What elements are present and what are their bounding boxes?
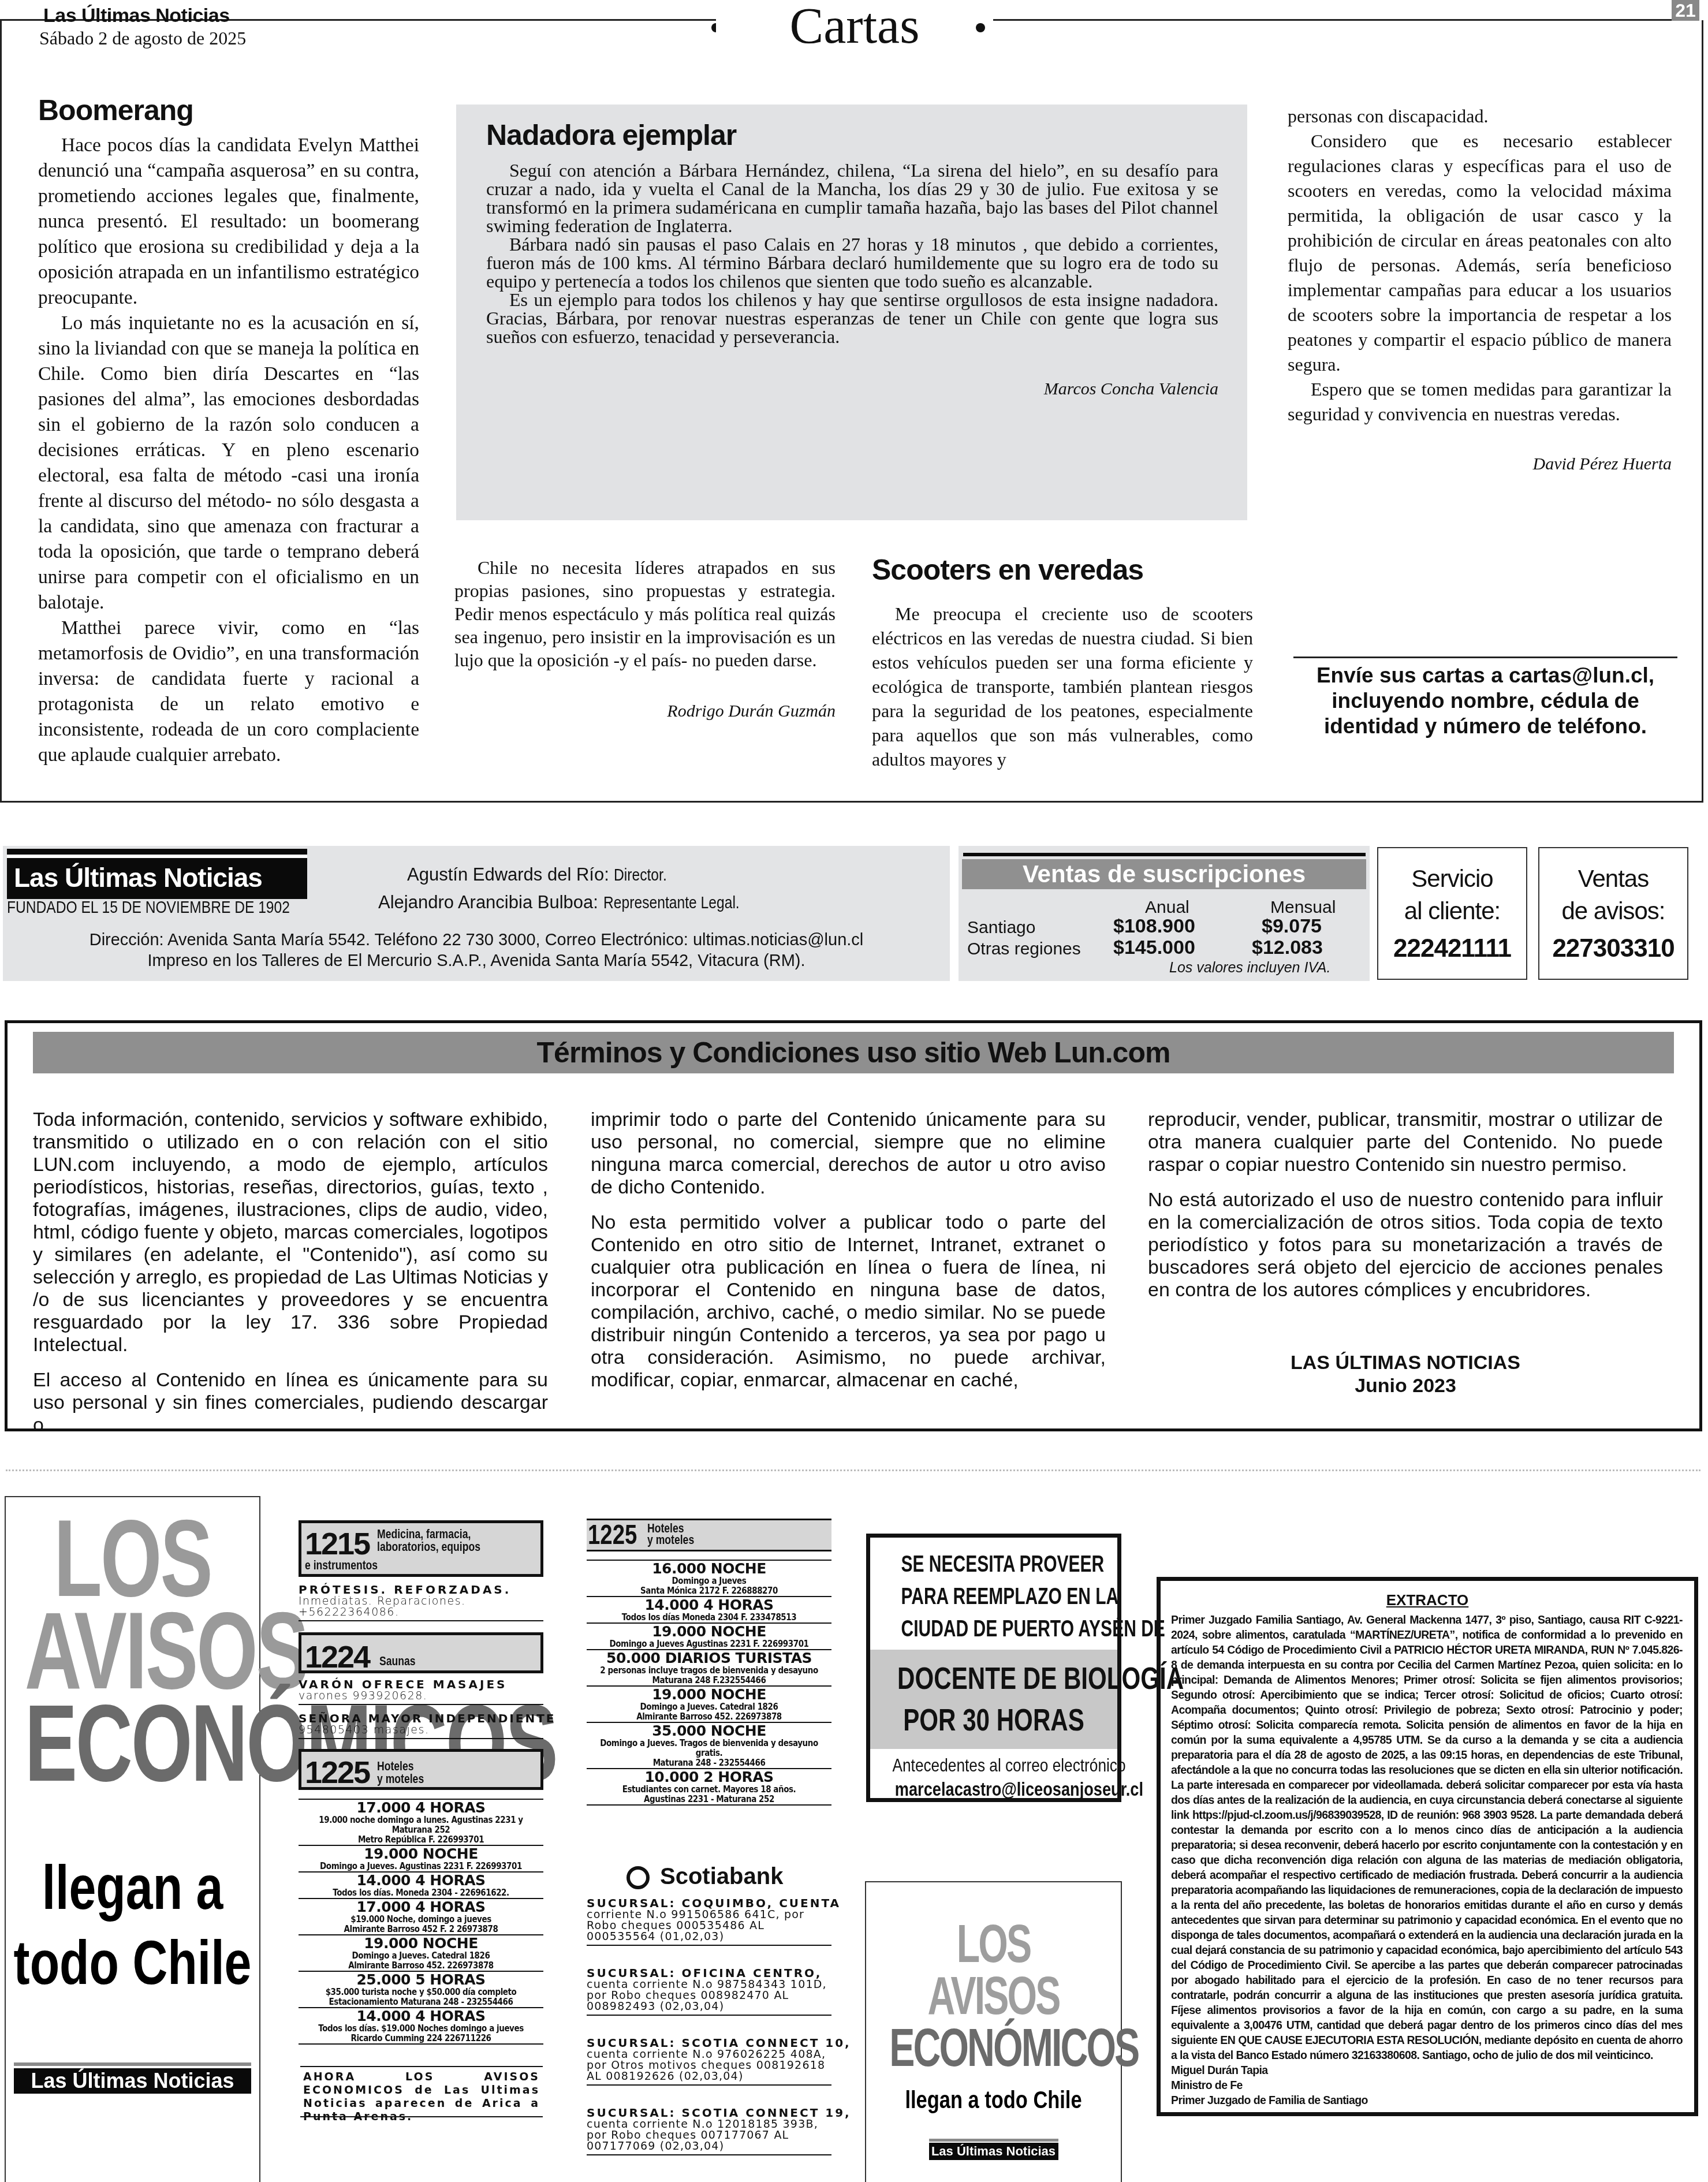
- hotel-detail: Domingo a Jueves: [599, 1576, 819, 1586]
- hotel-list-1: 17.000 4 HORAS19.000 noche domingo a lun…: [299, 1799, 543, 2045]
- promo-avisos-economicos-small: LOS AVISOS ECONÓMICOS llegan a todo Chil…: [865, 1881, 1122, 2182]
- letter-signature: David Pérez Huerta: [1288, 454, 1672, 474]
- letter-nadadora: Nadadora ejemplar Seguí con atención a B…: [486, 118, 1218, 399]
- hotel-detail: Domingo a Jueves. Tragos de bienvenida y…: [599, 1739, 819, 1758]
- hotel-detail: 19.000 noche domingo a lunes. Agustinas …: [311, 1815, 531, 1835]
- bank-notice: SUCURSAL: SCOTIA CONNECT 10,cuenta corri…: [587, 2036, 831, 2086]
- divider: [14, 2062, 251, 2066]
- hotel-listing: 25.000 5 HORAS$35.000 turista noche y $5…: [299, 1971, 543, 2007]
- hotel-detail: Domingo a Jueves. Catedral 1826: [599, 1702, 819, 1712]
- category-1215: 1215 Medicina, farmacia,laboratorios, eq…: [299, 1520, 543, 1577]
- promo-tagline: llegan a todo Chile: [889, 2086, 1098, 2114]
- hotel-detail: Maturana 248 F.232554466: [599, 1676, 819, 1685]
- hotel-detail: Almirante Barroso 452 F. 2 26973878: [311, 1924, 531, 1934]
- column-header: Mensual: [1270, 898, 1336, 917]
- hotel-detail: Estudiantes con carnet. Mayores 18 años.: [599, 1785, 819, 1795]
- hotel-detail: Almirante Barroso 452. 226973878: [599, 1712, 819, 1722]
- price-monthly: $9.075: [1262, 915, 1322, 938]
- category-1225: 1225 Hotelesy moteles: [299, 1749, 543, 1790]
- terms-paragraph: reproducir, vender, publicar, transmitir…: [1148, 1109, 1663, 1176]
- scotiabank-logo: Scotiabank: [626, 1864, 817, 1889]
- classified-ad: SEÑORA MAYOR INDEPENDIENTE 954805403 mas…: [299, 1712, 543, 1739]
- hotel-list-2: 16.000 NOCHEDomingo a JuevesSanta Mónica…: [587, 1560, 831, 1806]
- promo-logo: Las Últimas Noticias: [929, 2143, 1058, 2160]
- divider: [963, 853, 1366, 856]
- letter-signature: Marcos Concha Valencia: [486, 379, 1218, 399]
- masthead-address: Dirección: Avenida Santa María 5542. Tel…: [0, 931, 953, 950]
- divider: [6, 1469, 1700, 1471]
- job-ad: SE NECESITA PROVEER PARA REEMPLAZO EN LA…: [866, 1534, 1121, 1802]
- hotel-detail: 2 personas incluye tragos de bienvenida …: [599, 1666, 819, 1676]
- letter-body: Hace pocos días la candidata Evelyn Matt…: [38, 133, 419, 768]
- hotel-listing: 17.000 4 HORAS$19.000 Noche, domingo a j…: [299, 1898, 543, 1934]
- hotel-detail: Estacionamiento Maturana 248 - 232554466: [311, 1997, 531, 2007]
- promo-heading-line2: ECONÓMICOS: [25, 1697, 241, 1789]
- legal-rep-role: Representante Legal.: [603, 894, 740, 913]
- hotel-price: 10.000 2 HORAS: [587, 1769, 831, 1785]
- category-label: Hotelesy moteles: [647, 1523, 694, 1546]
- founded-date: FUNDADO EL 15 DE NOVIEMBRE DE 1902: [7, 898, 258, 917]
- hotel-price: 14.000 4 HORAS: [299, 2008, 543, 2024]
- paragraph: Lo más inquietante no es la acusación en…: [38, 311, 419, 616]
- hotel-detail: Domingo a Jueves Agustinas 2231 F. 22699…: [599, 1639, 819, 1649]
- divider: [300, 2116, 543, 2117]
- hotel-listing: 19.000 NOCHEDomingo a Jueves. Catedral 1…: [299, 1934, 543, 1971]
- region-label: Otras regiones: [967, 939, 1081, 959]
- hotel-price: 14.000 4 HORAS: [299, 1873, 543, 1888]
- letter-boomerang: Boomerang Hace pocos días la candidata E…: [38, 94, 419, 768]
- category-number: 1225: [305, 1756, 370, 1789]
- paragraph: Bárbara nadó sin pausas el paso Calais e…: [486, 235, 1218, 290]
- legal-rep-line: Alejandro Arancibia Bulboa: Representant…: [378, 892, 763, 913]
- paragraph: Es un ejemplo para todos los chilenos y …: [486, 290, 1218, 346]
- hotel-price: 17.000 4 HORAS: [299, 1899, 543, 1915]
- subscriptions-note: Los valores incluyen IVA.: [1169, 960, 1330, 976]
- hotel-price: 19.000 NOCHE: [587, 1687, 831, 1702]
- category-1225-header: 1225 Hotelesy moteles: [587, 1519, 831, 1551]
- scotiabank-globe-icon: [626, 1866, 650, 1889]
- column-header: Anual: [1145, 898, 1189, 917]
- letter-scooters-continued: personas con discapacidad. Considero que…: [1288, 104, 1672, 474]
- terms-paragraph: El acceso al Contenido en línea es única…: [33, 1369, 548, 1437]
- contact-label: Servicioal cliente:: [1378, 848, 1526, 927]
- classified-ad: VARÓN OFRECE MASAJES varones 993920628.: [299, 1678, 543, 1705]
- letter-title: Scooters en veredas: [872, 553, 1253, 587]
- customer-service-box: Servicioal cliente: 222421111: [1377, 847, 1527, 980]
- hotel-listing: 14.000 4 HORASTodos los días. Moneda 230…: [299, 1871, 543, 1898]
- hotel-listing: 35.000 NOCHEDomingo a Jueves. Tragos de …: [587, 1722, 831, 1768]
- hotel-detail: Agustinas 2231 - Maturana 252: [599, 1795, 819, 1804]
- letter-body: Me preocupa el creciente uso de scooters…: [872, 602, 1253, 771]
- letter-body: personas con discapacidad. Considero que…: [1288, 104, 1672, 427]
- hotel-listing: 14.000 4 HORASTodos los días Moneda 2304…: [587, 1596, 831, 1622]
- hotel-price: 16.000 NOCHE: [587, 1561, 831, 1576]
- price-monthly: $12.083: [1252, 937, 1323, 959]
- hotel-price: 19.000 NOCHE: [299, 1846, 543, 1862]
- bank-notice-branch: SUCURSAL: OFICINA CENTRO,: [587, 1967, 831, 1979]
- contact-label: Ventasde avisos:: [1539, 848, 1687, 927]
- bank-notice-branch: SUCURSAL: SCOTIA CONNECT 19,: [587, 2106, 831, 2119]
- hotel-detail: Metro República F. 226993701: [311, 1835, 531, 1845]
- region-label: Santiago: [967, 918, 1035, 938]
- director-role: Director.: [614, 866, 667, 885]
- paragraph: Me preocupa el creciente uso de scooters…: [872, 602, 1253, 771]
- bank-notice-branch: SUCURSAL: COQUIMBO, CUENTA: [587, 1897, 831, 1909]
- letter-boomerang-continued: Chile no necesita líderes atrapados en s…: [454, 556, 836, 721]
- hotel-listing: 16.000 NOCHEDomingo a JuevesSanta Mónica…: [587, 1560, 831, 1596]
- legal-rep-name: Alejandro Arancibia Bulboa:: [378, 892, 598, 912]
- legal-notice-extracto: EXTRACTO Primer Juzgado Familia Santiago…: [1157, 1577, 1698, 2116]
- divider: [299, 2043, 543, 2045]
- terms-paragraph: No está autorizado el uso de nuestro con…: [1148, 1189, 1663, 1301]
- hotel-detail: $35.000 turista noche y $50.000 día comp…: [311, 1987, 531, 1997]
- hotel-price: 50.000 DIARIOS TURISTAS: [587, 1650, 831, 1666]
- letter-title: Boomerang: [38, 94, 419, 127]
- terms-column-3: reproducir, vender, publicar, transmitir…: [1148, 1109, 1663, 1314]
- terms-column-1: Toda información, contenido, servicios y…: [33, 1109, 548, 1449]
- hotel-detail: Todos los días Moneda 2304 F. 233478513: [599, 1613, 819, 1622]
- hotel-listing: 19.000 NOCHEDomingo a Jueves. Agustinas …: [299, 1845, 543, 1871]
- letter-title: Nadadora ejemplar: [486, 118, 1218, 152]
- hotel-listing: 17.000 4 HORAS19.000 noche domingo a lun…: [299, 1799, 543, 1845]
- terms-paragraph: imprimir todo o parte del Contenido únic…: [591, 1109, 1106, 1199]
- divider: [300, 2066, 543, 2067]
- bank-notice-detail: cuenta corriente N.o 976026225 408A, por…: [587, 2049, 831, 2082]
- promo-avisos-economicos: LOS AVISOS ECONÓMICOS llegan a todo Chil…: [5, 1496, 260, 2182]
- paragraph: Hace pocos días la candidata Evelyn Matt…: [38, 133, 419, 311]
- page-number: 21: [1672, 0, 1699, 21]
- promo-heading-line1: LOS AVISOS: [889, 1918, 1098, 2022]
- divider: [1293, 657, 1677, 658]
- bank-notice-detail: cuenta corriente N.o 987584343 101D, por…: [587, 1979, 831, 2012]
- category-number: 1224: [305, 1641, 370, 1673]
- job-ad-email[interactable]: marcelacastro@liceosanjoseur.cl: [895, 1777, 1092, 1802]
- promo-tagline: llegan a todo Chile: [6, 1850, 258, 2000]
- letter-signature: Rodrigo Durán Guzmán: [454, 702, 836, 721]
- hotel-price: 19.000 NOCHE: [299, 1935, 543, 1951]
- promo-heading-line2: ECONÓMICOS: [889, 2022, 1098, 2074]
- terms-paragraph: Toda información, contenido, servicios y…: [33, 1109, 548, 1356]
- paragraph: Espero que se tomen medidas para garanti…: [1288, 377, 1672, 427]
- promo-heading-line1: LOS AVISOS: [25, 1512, 241, 1697]
- price-annual: $145.000: [1113, 937, 1195, 959]
- paragraph: Considero que es necesario establecer re…: [1288, 129, 1672, 377]
- hotel-detail: Todos los días. $19.000 Noches domingo a…: [311, 2024, 531, 2034]
- category-label: Medicina, farmacia,laboratorios, equipos: [377, 1528, 480, 1553]
- bank-notice-branch: SUCURSAL: SCOTIA CONNECT 10,: [587, 2036, 831, 2049]
- hotel-detail: Maturana 248 - 232554466: [599, 1758, 819, 1768]
- job-ad-instructions: Antecedentes al correo electrónico: [893, 1754, 1095, 1777]
- legal-notice-signature: Miguel Durán Tapia Ministro de Fe Primer…: [1161, 2063, 1694, 2108]
- category-number: 1225: [588, 1523, 637, 1548]
- category-label: e instrumentos: [305, 1559, 378, 1572]
- scotiabank-notices: SUCURSAL: COQUIMBO, CUENTAcorriente N.o …: [587, 1897, 831, 2155]
- hotel-listing: 19.000 NOCHEDomingo a Jueves Agustinas 2…: [587, 1622, 831, 1649]
- terms-column-2: imprimir todo o parte del Contenido únic…: [591, 1109, 1106, 1404]
- hotel-detail: Santa Mónica 2172 F. 226888270: [599, 1586, 819, 1596]
- hotel-listing: 50.000 DIARIOS TURISTAS2 personas incluy…: [587, 1649, 831, 1685]
- price-annual: $108.900: [1113, 915, 1195, 938]
- category-number: 1215: [305, 1528, 370, 1560]
- letter-scooters: Scooters en veredas Me preocupa el creci…: [872, 553, 1253, 771]
- terms-signature: LAS ÚLTIMAS NOTICIAS Junio 2023: [1148, 1351, 1663, 1397]
- paragraph: Seguí con atención a Bárbara Hernández, …: [486, 161, 1218, 235]
- divider: [587, 1804, 831, 1806]
- masthead-printer: Impreso en los Talleres de El Mercurio S…: [0, 952, 953, 971]
- hotel-detail: Ricardo Cumming 224 226711226: [311, 2034, 531, 2043]
- hotel-price: 19.000 NOCHE: [587, 1624, 831, 1639]
- hotel-listing: 10.000 2 HORASEstudiantes con carnet. Ma…: [587, 1768, 831, 1804]
- category-label: Saunas: [379, 1655, 416, 1668]
- director-line: Agustín Edwards del Río: Director.: [407, 864, 676, 885]
- bank-notice-detail: cuenta corriente N.o 12018185 393B, por …: [587, 2119, 831, 2152]
- hotel-detail: $19.000 Noche, domingo a jueves: [311, 1915, 531, 1924]
- category-1224: 1224 Saunas: [299, 1632, 543, 1673]
- ad-sales-phone[interactable]: 227303310: [1539, 934, 1687, 963]
- legal-notice-title: EXTRACTO: [1161, 1591, 1694, 1609]
- bank-notice: SUCURSAL: COQUIMBO, CUENTAcorriente N.o …: [587, 1897, 831, 1946]
- hotel-detail: Almirante Barroso 452. 226973878: [311, 1961, 531, 1971]
- hotel-price: 14.000 4 HORAS: [587, 1597, 831, 1613]
- send-letters-notice: Envíe sus cartas a cartas@lun.cl, incluy…: [1293, 663, 1677, 739]
- bank-notice: SUCURSAL: SCOTIA CONNECT 19,cuenta corri…: [587, 2106, 831, 2155]
- subscriptions-title: Ventas de suscripciones: [962, 859, 1366, 889]
- job-ad-position: DOCENTE DE BIOLOGÍA POR 30 HORAS: [870, 1650, 1117, 1749]
- ad-sales-box: Ventasde avisos: 227303310: [1538, 847, 1688, 980]
- bank-notice: SUCURSAL: OFICINA CENTRO,cuenta corrient…: [587, 1967, 831, 2016]
- promo-logo: Las Últimas Noticias: [14, 2068, 251, 2094]
- paragraph: Matthei parece vivir, como en “las metam…: [38, 616, 419, 768]
- hotel-detail: Todos los días. Moneda 2304 - 226961622.: [311, 1888, 531, 1898]
- letter-body: Chile no necesita líderes atrapados en s…: [454, 556, 836, 672]
- job-ad-heading: SE NECESITA PROVEER PARA REEMPLAZO EN LA…: [901, 1538, 1087, 1645]
- hotel-listing: 14.000 4 HORASTodos los días. $19.000 No…: [299, 2007, 543, 2043]
- terms-title: Términos y Condiciones uso sitio Web Lun…: [33, 1032, 1674, 1073]
- hotel-price: 35.000 NOCHE: [587, 1723, 831, 1739]
- masthead-logo: Las Últimas Noticias: [7, 855, 307, 899]
- category-label: Hotelesy moteles: [377, 1760, 424, 1785]
- customer-service-phone[interactable]: 222421111: [1378, 934, 1526, 963]
- paragraph: personas con discapacidad.: [1288, 104, 1672, 129]
- hotel-listing: 19.000 NOCHEDomingo a Jueves. Catedral 1…: [587, 1685, 831, 1722]
- legal-notice-body: Primer Juzgado Familia Santiago, Av. Gen…: [1161, 1609, 1694, 2063]
- classified-ad: PRÓTESIS. REFORZADAS. Inmediatas. Repara…: [299, 1583, 543, 1621]
- hotel-detail: Domingo a Jueves. Agustinas 2231 F. 2269…: [311, 1862, 531, 1871]
- terms-paragraph: No esta permitido volver a publicar todo…: [591, 1211, 1106, 1392]
- divider: [929, 2139, 1058, 2142]
- bank-notice-detail: corriente N.o 991506586 641C, por Robo c…: [587, 1909, 831, 1942]
- director-name: Agustín Edwards del Río:: [407, 864, 609, 885]
- hotel-price: 25.000 5 HORAS: [299, 1972, 543, 1987]
- paragraph: Chile no necesita líderes atrapados en s…: [454, 556, 836, 672]
- letter-body: Seguí con atención a Bárbara Hernández, …: [486, 161, 1218, 346]
- hotel-detail: Domingo a Jueves. Catedral 1826: [311, 1951, 531, 1961]
- hotel-price: 17.000 4 HORAS: [299, 1800, 543, 1815]
